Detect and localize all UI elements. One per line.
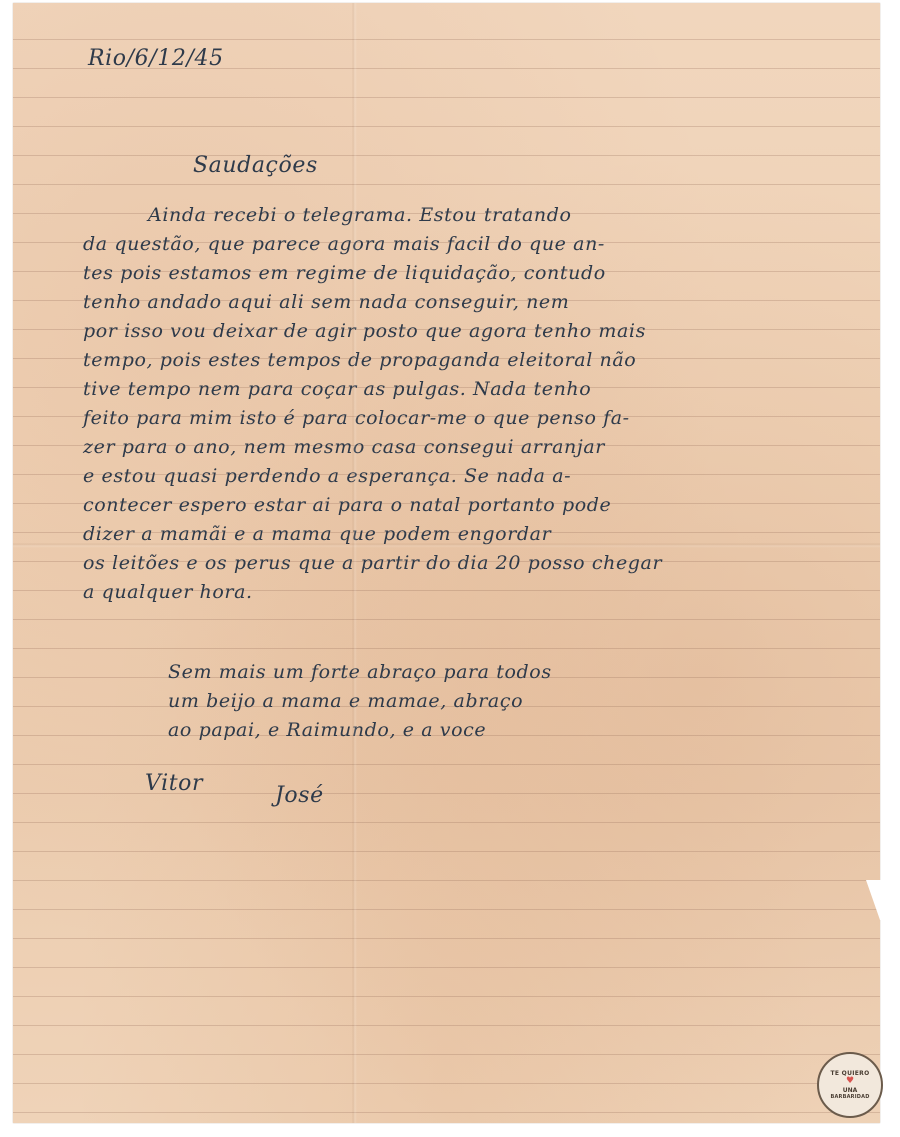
signature-vitor: Vitor: [145, 773, 203, 795]
letter-paper: Rio/6/12/45 Saudações Ainda recebi o tel…: [13, 3, 880, 1123]
body-line: zer para o ano, nem mesmo casa consegui …: [83, 438, 605, 457]
watermark-stamp: TE QUIERO ♥ UNA BARBARIDAD: [817, 1052, 883, 1118]
body-line: Ainda recebi o telegrama. Estou tratando: [148, 206, 572, 225]
stamp-middle-text: UNA: [843, 1087, 858, 1094]
body-line: tive tempo nem para coçar as pulgas. Nad…: [83, 380, 591, 399]
body-line: dizer a mamãi e a mama que podem engorda…: [83, 525, 551, 544]
closing-line: ao papai, e Raimundo, e a voce: [168, 721, 486, 740]
body-line: da questão, que parece agora mais facil …: [83, 235, 605, 254]
letter-date: Rio/6/12/45: [88, 48, 224, 70]
signature-jose: José: [275, 785, 324, 807]
closing-line: um beijo a mama e mamae, abraço: [168, 692, 523, 711]
body-line: por isso vou deixar de agir posto que ag…: [83, 322, 646, 341]
body-line: e estou quasi perdendo a esperança. Se n…: [83, 467, 571, 486]
body-line: tes pois estamos em regime de liquidação…: [83, 264, 606, 283]
body-line: tempo, pois estes tempos de propaganda e…: [83, 351, 636, 370]
body-line: os leitões e os perus que a partir do di…: [83, 554, 662, 573]
body-line: a qualquer hora.: [83, 583, 253, 602]
closing-line: Sem mais um forte abraço para todos: [168, 663, 552, 682]
body-line: feito para mim isto é para colocar-me o …: [83, 409, 630, 428]
body-line: contecer espero estar ai para o natal po…: [83, 496, 611, 515]
body-line: tenho andado aqui ali sem nada conseguir…: [83, 293, 569, 312]
stamp-bottom-text: BARBARIDAD: [830, 1094, 869, 1100]
letter-greeting: Saudações: [193, 155, 318, 177]
heart-flower-icon: ♥: [846, 1077, 854, 1086]
